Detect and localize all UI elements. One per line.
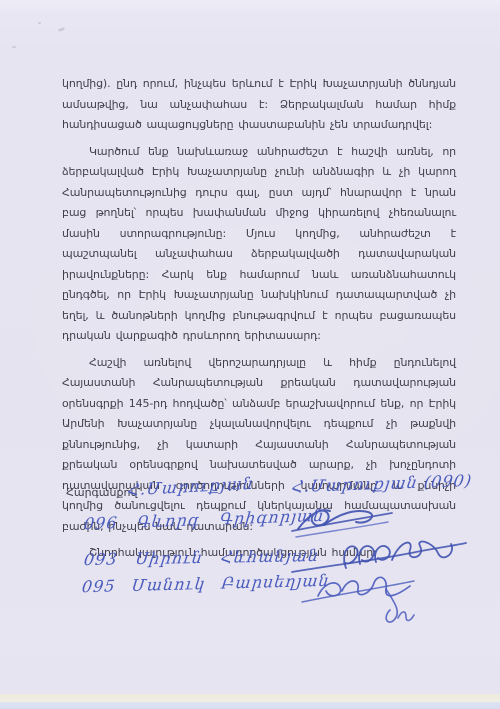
- handwritten-name-sirun: 093 Սիրուն Հևհանյան: [83, 546, 320, 569]
- handwritten-name-marukyan-phone: Հ.Մարուքյան (090): [291, 471, 474, 496]
- document-page: կողմից). ընդ որում, ինչպես երևում է Էրիկ…: [0, 0, 500, 709]
- scan-bottom-background: [0, 702, 500, 709]
- signature-block: Հարգանքով՝ Հ.Մարուքյան Հ.Մարուքյան (090)…: [0, 0, 500, 709]
- scan-bottom-edge: [0, 694, 500, 702]
- handwritten-name-marukyan: Հ.Մարուքյան: [127, 474, 255, 500]
- signature-flourish-icon: [288, 538, 483, 642]
